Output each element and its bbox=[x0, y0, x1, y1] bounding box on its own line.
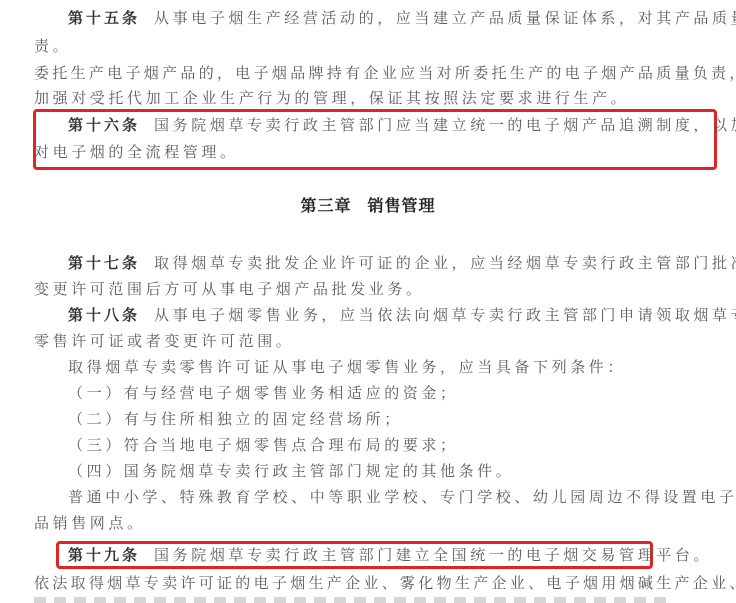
art18-line2: 零售许可证或者变更许可范围。 bbox=[34, 331, 294, 351]
art19-line2: 依法取得烟草专卖许可证的电子烟生产企业、雾化物生产企业、电子烟用烟碱生产企业、电 bbox=[34, 573, 736, 593]
art15-line2: 责。 bbox=[34, 36, 71, 56]
article-text: 国务院烟草专卖行政主管部门应当建立统一的电子烟产品追溯制度，以加强 bbox=[154, 116, 736, 134]
article-label: 第十五条 bbox=[68, 9, 140, 27]
art17-line1: 第十七条取得烟草专卖批发企业许可证的企业，应当经烟草专卖行政主管部门批准， bbox=[68, 253, 736, 273]
chapter-heading: 第三章销售管理 bbox=[0, 193, 736, 216]
art15-line1: 第十五条从事电子烟生产经营活动的，应当建立产品质量保证体系，对其产品质量负 bbox=[68, 8, 736, 28]
article-text: 取得烟草专卖批发企业许可证的企业，应当经烟草专卖行政主管部门批准， bbox=[154, 254, 736, 272]
condition-2: （二）有与住所相独立的固定经营场所； bbox=[68, 409, 403, 429]
chapter-number: 第三章 bbox=[300, 196, 351, 215]
condition-4: （四）国务院烟草专卖行政主管部门规定的其他条件。 bbox=[68, 461, 514, 481]
article-label: 第十六条 bbox=[68, 116, 140, 134]
art17-line2: 变更许可范围后方可从事电子烟产品批发业务。 bbox=[34, 279, 425, 299]
cut-off-line bbox=[34, 597, 674, 603]
art18-line4: 普通中小学、特殊教育学校、中等职业学校、专门学校、幼儿园周边不得设置电子烟产 bbox=[68, 487, 736, 507]
article-label: 第十九条 bbox=[68, 546, 140, 564]
article-text: 从事电子烟零售业务，应当依法向烟草专卖行政主管部门申请领取烟草专卖 bbox=[154, 306, 736, 324]
art18-line1: 第十八条从事电子烟零售业务，应当依法向烟草专卖行政主管部门申请领取烟草专卖 bbox=[68, 305, 736, 325]
chapter-title: 销售管理 bbox=[368, 196, 436, 215]
condition-1: （一）有与经营电子烟零售业务相适应的资金； bbox=[68, 383, 459, 403]
para15b-line1: 委托生产电子烟产品的，电子烟品牌持有企业应当对所委托生产的电子烟产品质量负责，并 bbox=[34, 63, 736, 83]
art18-line5: 品销售网点。 bbox=[34, 513, 146, 533]
art19-line1: 第十九条国务院烟草专卖行政主管部门建立全国统一的电子烟交易管理平台。 bbox=[68, 545, 712, 565]
article-text: 从事电子烟生产经营活动的，应当建立产品质量保证体系，对其产品质量负 bbox=[154, 9, 736, 27]
article-label: 第十八条 bbox=[68, 306, 140, 324]
article-label: 第十七条 bbox=[68, 254, 140, 272]
art16-line1: 第十六条国务院烟草专卖行政主管部门应当建立统一的电子烟产品追溯制度，以加强 bbox=[68, 115, 736, 135]
para15b-line2: 加强对受托代加工企业生产行为的管理，保证其按照法定要求进行生产。 bbox=[34, 88, 629, 108]
article-text: 国务院烟草专卖行政主管部门建立全国统一的电子烟交易管理平台。 bbox=[154, 546, 712, 564]
art16-line2: 对电子烟的全流程管理。 bbox=[34, 142, 239, 162]
art18-line3: 取得烟草专卖零售许可证从事电子烟零售业务，应当具备下列条件： bbox=[68, 357, 626, 377]
condition-3: （三）符合当地电子烟零售点合理布局的要求； bbox=[68, 435, 459, 455]
